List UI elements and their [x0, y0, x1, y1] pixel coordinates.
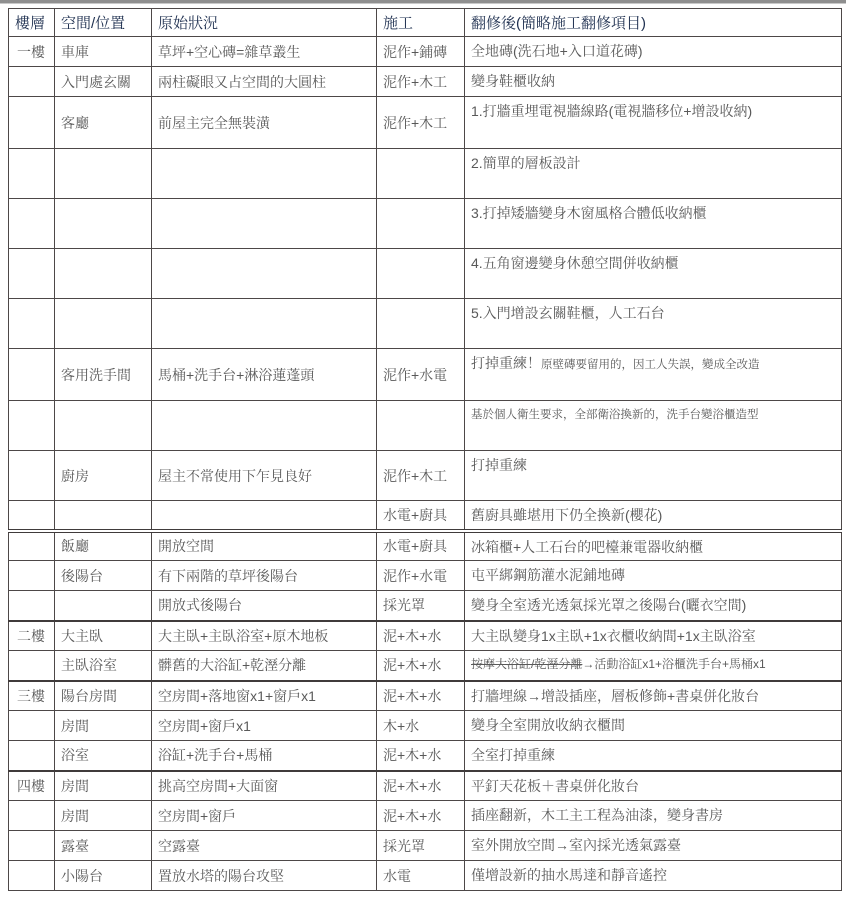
- table-row: 飯廳 開放空間 水電+廚具 冰箱櫃+人工石台的吧檯兼電器收納櫃: [9, 531, 842, 561]
- cell-original: 髒舊的大浴缸+乾溼分離: [152, 651, 377, 681]
- table-row: 三樓 陽台房間 空房間+落地窗x1+窗戶x1 泥+木+水 打牆埋線→增設插座，層…: [9, 681, 842, 711]
- cell-after: 全室打掉重練: [465, 741, 842, 771]
- cell-after: 舊廚具雖堪用下仍全換新(櫻花): [465, 501, 842, 531]
- cell-construction: [377, 199, 465, 249]
- header-row: 樓層 空間/位置 原始狀況 施工 翻修後(簡略施工翻修項目): [9, 9, 842, 37]
- col-header-construction: 施工: [377, 9, 465, 37]
- cell-after: 打牆埋線→增設插座，層板修飾+書桌併化妝台: [465, 681, 842, 711]
- cell-construction: 泥+木+水: [377, 801, 465, 831]
- table-row: 開放式後陽台 採光罩 變身全室透光透氣採光罩之後陽台(曬衣空間): [9, 591, 842, 621]
- cell-original: 挑高空房間+大面窗: [152, 771, 377, 801]
- cell-after: 僅增設新的抽水馬達和靜音遙控: [465, 861, 842, 891]
- table-row: 房間 空房間+窗戶 泥+木+水 插座翻新，木工主工程為油漆，變身書房: [9, 801, 842, 831]
- table-row: 四樓 房間 挑高空房間+大面窗 泥+木+水 平釘天花板＋書桌併化妝台: [9, 771, 842, 801]
- cell-floor: [9, 531, 55, 561]
- col-header-floor: 樓層: [9, 9, 55, 37]
- cell-after: 屯平綁鋼筋灌水泥鋪地磚: [465, 561, 842, 591]
- cell-original: 開放空間: [152, 531, 377, 561]
- cell-original: 草坪+空心磚=雜草叢生: [152, 37, 377, 67]
- cell-after: 平釘天花板＋書桌併化妝台: [465, 771, 842, 801]
- table-row: 4.五角窗邊變身休憩空間併收納櫃: [9, 249, 842, 299]
- table-row: 5.入門增設玄關鞋櫃，人工石台: [9, 299, 842, 349]
- cell-floor: [9, 831, 55, 861]
- cell-space: [55, 149, 152, 199]
- cell-original: 兩柱礙眼又占空間的大圓柱: [152, 67, 377, 97]
- cell-construction: 泥作+水電: [377, 349, 465, 401]
- table-row: 基於個人衛生要求，全部衛浴換新的，洗手台變浴櫃造型: [9, 401, 842, 451]
- cell-space: [55, 401, 152, 451]
- table-row: 客用洗手間 馬桶+洗手台+淋浴蓮蓬頭 泥作+水電 打掉重練！原壁磚要留用的，因工…: [9, 349, 842, 401]
- cell-construction: 採光罩: [377, 831, 465, 861]
- after-text-emphasis: 打掉重練！: [471, 355, 541, 371]
- cell-space: 飯廳: [55, 531, 152, 561]
- cell-after: 2.簡單的層板設計: [465, 149, 842, 199]
- cell-space: [55, 249, 152, 299]
- cell-after: 打掉重練: [465, 451, 842, 501]
- cell-space: 小陽台: [55, 861, 152, 891]
- cell-after: 冰箱櫃+人工石台的吧檯兼電器收納櫃: [465, 531, 842, 561]
- cell-original: 空房間+窗戶: [152, 801, 377, 831]
- table-row: 主臥浴室 髒舊的大浴缸+乾溼分離 泥+木+水 按摩大浴缸/乾溼分離→活動浴缸x1…: [9, 651, 842, 681]
- cell-space: 入門處玄關: [55, 67, 152, 97]
- cell-floor: [9, 451, 55, 501]
- cell-floor: 三樓: [9, 681, 55, 711]
- cell-construction: 泥作+木工: [377, 97, 465, 149]
- cell-space: 陽台房間: [55, 681, 152, 711]
- cell-after: 打掉重練！原壁磚要留用的，因工人失誤，變成全改造: [465, 349, 842, 401]
- cell-after: 基於個人衛生要求，全部衛浴換新的，洗手台變浴櫃造型: [465, 401, 842, 451]
- cell-after: 變身全室透光透氣採光罩之後陽台(曬衣空間): [465, 591, 842, 621]
- cell-after: 大主臥變身1x主臥+1x衣櫃收納間+1x主臥浴室: [465, 621, 842, 651]
- cell-space: 客廳: [55, 97, 152, 149]
- cell-floor: [9, 651, 55, 681]
- cell-original: 浴缸+洗手台+馬桶: [152, 741, 377, 771]
- cell-floor: [9, 97, 55, 149]
- cell-floor: [9, 199, 55, 249]
- cell-original: 空露臺: [152, 831, 377, 861]
- cell-floor: [9, 249, 55, 299]
- col-header-space: 空間/位置: [55, 9, 152, 37]
- table-row: 3.打掉矮牆變身木窗風格合體低收納櫃: [9, 199, 842, 249]
- cell-original: [152, 299, 377, 349]
- col-header-original: 原始狀況: [152, 9, 377, 37]
- table-row: 一樓 車庫 草坪+空心磚=雜草叢生 泥作+鋪磚 全地磚(洗石地+入口道花磚): [9, 37, 842, 67]
- cell-space: 浴室: [55, 741, 152, 771]
- cell-floor: [9, 299, 55, 349]
- table-row: 水電+廚具 舊廚具雖堪用下仍全換新(櫻花): [9, 501, 842, 531]
- cell-construction: 水電: [377, 861, 465, 891]
- cell-floor: [9, 67, 55, 97]
- cell-original: [152, 149, 377, 199]
- cell-after: 全地磚(洗石地+入口道花磚): [465, 37, 842, 67]
- cell-space: 主臥浴室: [55, 651, 152, 681]
- cell-after: 變身鞋櫃收納: [465, 67, 842, 97]
- cell-original: 空房間+落地窗x1+窗戶x1: [152, 681, 377, 711]
- cell-space: 廚房: [55, 451, 152, 501]
- after-text-replacement: →活動浴缸x1+浴櫃洗手台+馬桶x1: [582, 657, 765, 671]
- cell-space: [55, 501, 152, 531]
- cell-construction: 泥+木+水: [377, 651, 465, 681]
- cell-construction: 採光罩: [377, 591, 465, 621]
- table-row: 入門處玄關 兩柱礙眼又占空間的大圓柱 泥作+木工 變身鞋櫃收納: [9, 67, 842, 97]
- cell-after: 3.打掉矮牆變身木窗風格合體低收納櫃: [465, 199, 842, 249]
- cell-construction: 泥作+鋪磚: [377, 37, 465, 67]
- cell-original: 開放式後陽台: [152, 591, 377, 621]
- cell-construction: 泥+木+水: [377, 741, 465, 771]
- cell-floor: [9, 711, 55, 741]
- cell-after: 室外開放空間→室內採光透氣露臺: [465, 831, 842, 861]
- cell-original: [152, 249, 377, 299]
- cell-floor: [9, 861, 55, 891]
- cell-floor: [9, 591, 55, 621]
- cell-floor: 四樓: [9, 771, 55, 801]
- cell-space: 後陽台: [55, 561, 152, 591]
- cell-construction: 泥+木+水: [377, 621, 465, 651]
- cell-construction: 水電+廚具: [377, 531, 465, 561]
- table-row: 二樓 大主臥 大主臥+主臥浴室+原木地板 泥+木+水 大主臥變身1x主臥+1x衣…: [9, 621, 842, 651]
- renovation-table: 樓層 空間/位置 原始狀況 施工 翻修後(簡略施工翻修項目) 一樓 車庫 草坪+…: [8, 8, 842, 891]
- cell-construction: 泥+木+水: [377, 771, 465, 801]
- cell-floor: [9, 349, 55, 401]
- cell-after: 1.打牆重埋電視牆線路(電視牆移位+增設收納): [465, 97, 842, 149]
- cell-construction: 泥作+水電: [377, 561, 465, 591]
- cell-original: [152, 401, 377, 451]
- cell-after: 按摩大浴缸/乾溼分離→活動浴缸x1+浴櫃洗手台+馬桶x1: [465, 651, 842, 681]
- cell-original: 馬桶+洗手台+淋浴蓮蓬頭: [152, 349, 377, 401]
- cell-construction: 泥作+木工: [377, 451, 465, 501]
- cell-space: 大主臥: [55, 621, 152, 651]
- cell-construction: 泥+木+水: [377, 681, 465, 711]
- after-text-struck: 按摩大浴缸/乾溼分離: [471, 657, 582, 671]
- cell-space: [55, 299, 152, 349]
- cell-construction: 泥作+木工: [377, 67, 465, 97]
- cell-floor: [9, 149, 55, 199]
- cell-floor: [9, 401, 55, 451]
- cell-construction: [377, 149, 465, 199]
- cell-floor: [9, 741, 55, 771]
- cell-space: 客用洗手間: [55, 349, 152, 401]
- cell-floor: 一樓: [9, 37, 55, 67]
- cell-construction: 木+水: [377, 711, 465, 741]
- cell-after: 5.入門增設玄關鞋櫃，人工石台: [465, 299, 842, 349]
- cell-construction: 水電+廚具: [377, 501, 465, 531]
- cell-original: 有下兩階的草坪後陽台: [152, 561, 377, 591]
- cell-space: [55, 591, 152, 621]
- cell-original: 空房間+窗戶x1: [152, 711, 377, 741]
- cell-floor: [9, 801, 55, 831]
- cell-original: [152, 501, 377, 531]
- cell-floor: [9, 501, 55, 531]
- cell-original: [152, 199, 377, 249]
- cell-space: [55, 199, 152, 249]
- col-header-after: 翻修後(簡略施工翻修項目): [465, 9, 842, 37]
- cell-space: 房間: [55, 801, 152, 831]
- cell-original: 大主臥+主臥浴室+原木地板: [152, 621, 377, 651]
- after-text-note: 原壁磚要留用的，因工人失誤，變成全改造: [541, 359, 760, 371]
- cell-after: 4.五角窗邊變身休憩空間併收納櫃: [465, 249, 842, 299]
- cell-space: 房間: [55, 711, 152, 741]
- cell-after: 變身全室開放收納衣櫃間: [465, 711, 842, 741]
- cell-original: 置放水塔的陽台攻堅: [152, 861, 377, 891]
- table-row: 後陽台 有下兩階的草坪後陽台 泥作+水電 屯平綁鋼筋灌水泥鋪地磚: [9, 561, 842, 591]
- cell-space: 露臺: [55, 831, 152, 861]
- table-row: 小陽台 置放水塔的陽台攻堅 水電 僅增設新的抽水馬達和靜音遙控: [9, 861, 842, 891]
- table-row: 客廳 前屋主完全無裝潢 泥作+木工 1.打牆重埋電視牆線路(電視牆移位+增設收納…: [9, 97, 842, 149]
- cell-construction: [377, 299, 465, 349]
- table-row: 廚房 屋主不常使用下乍見良好 泥作+木工 打掉重練: [9, 451, 842, 501]
- table-row: 2.簡單的層板設計: [9, 149, 842, 199]
- cell-construction: [377, 249, 465, 299]
- cell-space: 車庫: [55, 37, 152, 67]
- after-text-note: 基於個人衛生要求，全部衛浴換新的，洗手台變浴櫃造型: [471, 409, 759, 421]
- top-divider: [0, 0, 846, 4]
- cell-floor: 二樓: [9, 621, 55, 651]
- table-row: 露臺 空露臺 採光罩 室外開放空間→室內採光透氣露臺: [9, 831, 842, 861]
- cell-original: 屋主不常使用下乍見良好: [152, 451, 377, 501]
- cell-after: 插座翻新，木工主工程為油漆，變身書房: [465, 801, 842, 831]
- table-row: 浴室 浴缸+洗手台+馬桶 泥+木+水 全室打掉重練: [9, 741, 842, 771]
- cell-construction: [377, 401, 465, 451]
- cell-original: 前屋主完全無裝潢: [152, 97, 377, 149]
- cell-space: 房間: [55, 771, 152, 801]
- cell-floor: [9, 561, 55, 591]
- table-row: 房間 空房間+窗戶x1 木+水 變身全室開放收納衣櫃間: [9, 711, 842, 741]
